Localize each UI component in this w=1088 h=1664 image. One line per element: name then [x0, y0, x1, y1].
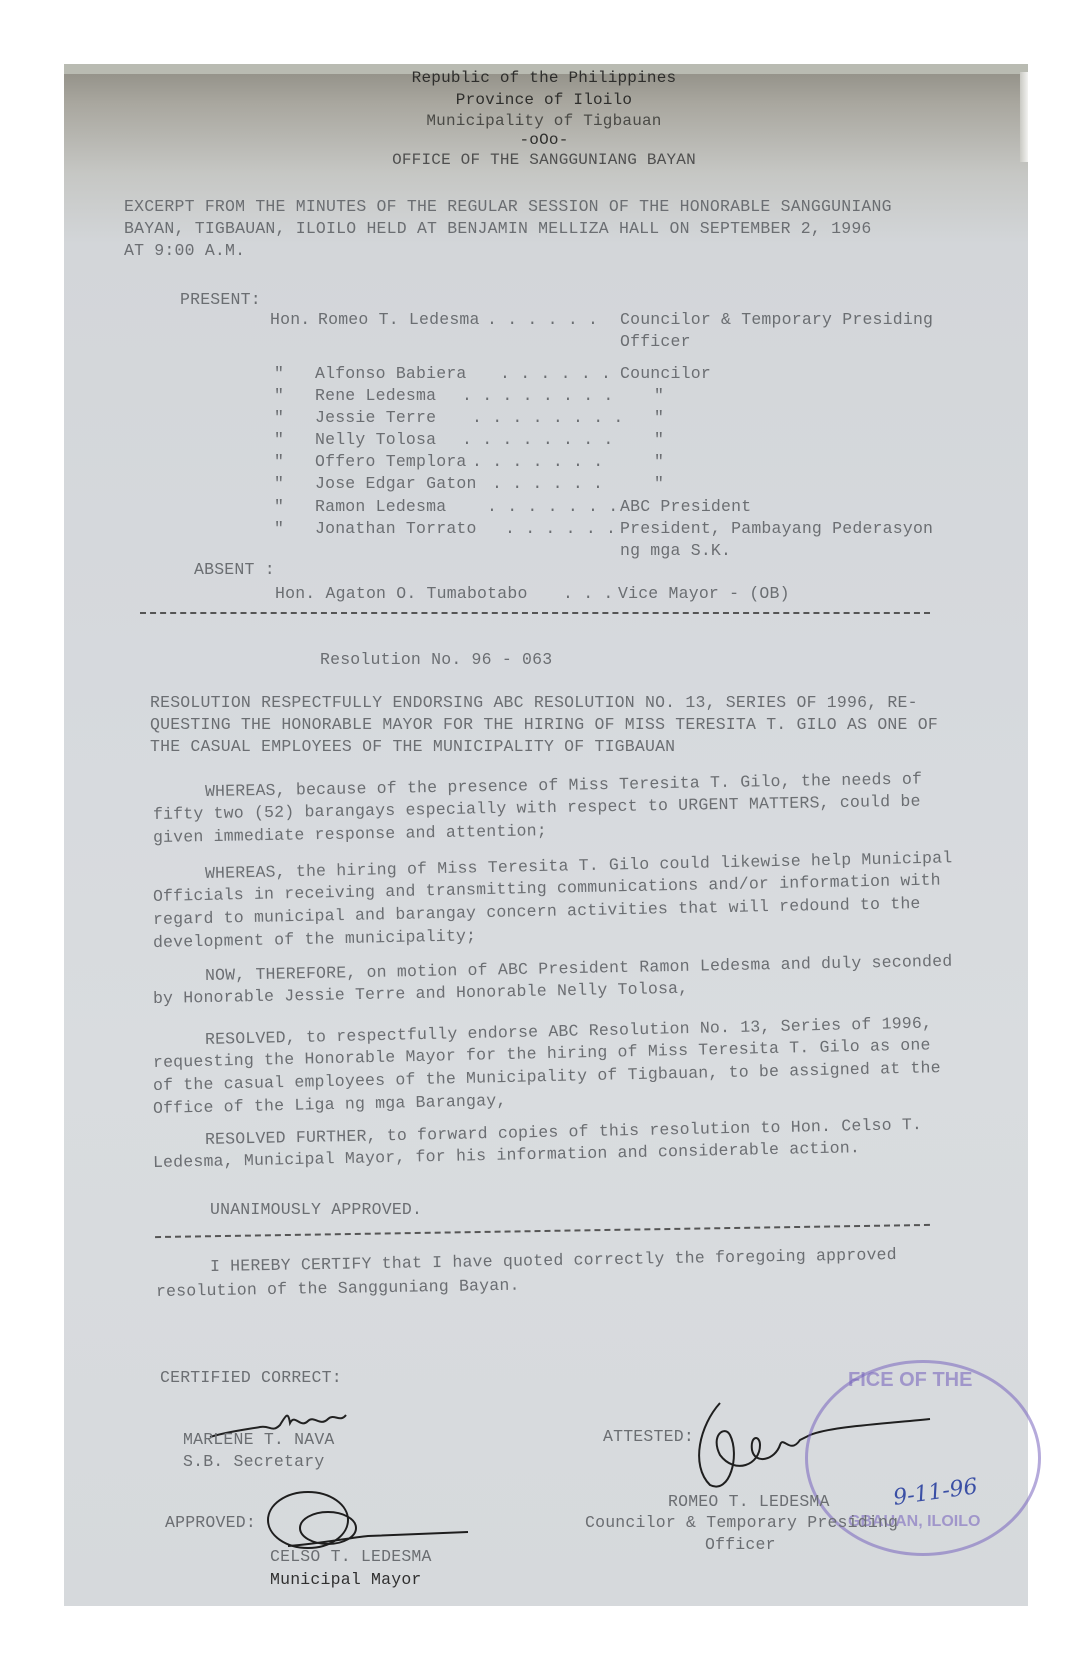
- header-ornament: -oOo-: [0, 130, 1088, 150]
- excerpt-line: AT 9:00 A.M.: [124, 241, 245, 261]
- present-member-role: Councilor: [620, 364, 711, 384]
- present-member-prefix: ": [274, 408, 284, 428]
- present-member-role: ": [654, 452, 664, 472]
- approval-text: UNANIMOUSLY APPROVED.: [210, 1200, 422, 1220]
- present-member-prefix: ": [274, 497, 284, 517]
- absent-label: ABSENT :: [194, 560, 275, 580]
- leader-dots: . . . . . . . .: [462, 430, 614, 450]
- present-member-role: ": [654, 474, 664, 494]
- present-member-name: Ramon Ledesma: [315, 497, 446, 517]
- resolution-title-line: RESOLUTION RESPECTFULLY ENDORSING ABC RE…: [150, 693, 918, 713]
- resolution-title-line: QUESTING THE HONORABLE MAYOR FOR THE HIR…: [150, 715, 938, 735]
- leader-dots: . . . . . . . .: [462, 386, 614, 406]
- present-member-name: Jose Edgar Gaton: [315, 474, 477, 494]
- present-member-role: Councilor & Temporary Presiding: [620, 310, 933, 330]
- secretary-name: MARLENE T. NAVA: [183, 1430, 335, 1450]
- header-republic: Republic of the Philippines: [0, 68, 1088, 88]
- present-member-prefix: ": [274, 364, 284, 384]
- stamp-text-top: FICE OF THE: [848, 1369, 972, 1392]
- absent-role: Vice Mayor - (OB): [618, 584, 790, 604]
- leader-dots: . . . . . .: [492, 474, 603, 494]
- resolution-title-line: THE CASUAL EMPLOYEES OF THE MUNICIPALITY…: [150, 737, 675, 757]
- leader-dots: . . . . . . .: [487, 497, 618, 517]
- presiding-officer-title: Councilor & Temporary Presiding: [585, 1513, 898, 1533]
- excerpt-line: BAYAN, TIGBAUAN, ILOILO HELD AT BENJAMIN…: [124, 219, 872, 239]
- present-member-role-cont: Officer: [620, 332, 691, 352]
- present-member-prefix: Hon.: [270, 310, 310, 330]
- present-member-prefix: ": [274, 519, 284, 539]
- excerpt-line: EXCERPT FROM THE MINUTES OF THE REGULAR …: [124, 197, 892, 217]
- mayor-title: Municipal Mayor: [270, 1570, 422, 1590]
- present-member-role-cont: ng mga S.K.: [620, 541, 731, 561]
- leader-dots: . . . . . .: [487, 310, 598, 330]
- present-member-name: Offero Templora: [315, 452, 467, 472]
- present-member-name: Romeo T. Ledesma: [318, 310, 480, 330]
- present-member-name: Rene Ledesma: [315, 386, 436, 406]
- present-member-prefix: ": [274, 452, 284, 472]
- header-province: Province of Iloilo: [0, 90, 1088, 110]
- present-member-prefix: ": [274, 386, 284, 406]
- present-member-role: ": [654, 430, 664, 450]
- present-label: PRESENT:: [180, 290, 261, 310]
- present-member-role: ABC President: [620, 497, 751, 517]
- present-member-name: Jonathan Torrato: [315, 519, 477, 539]
- present-member-prefix: ": [274, 474, 284, 494]
- present-member-role: ": [654, 386, 664, 406]
- absent-name: Agaton O. Tumabotabo: [326, 584, 528, 603]
- leader-dots: . . . . . .: [500, 364, 611, 384]
- presiding-officer-name: ROMEO T. LEDESMA: [668, 1492, 830, 1512]
- header-office: OFFICE OF THE SANGGUNIANG BAYAN: [0, 150, 1088, 170]
- mayor-name: CELSO T. LEDESMA: [270, 1547, 432, 1567]
- presiding-officer-title-2: Officer: [705, 1535, 776, 1555]
- leader-dots: . . . . . . .: [472, 452, 603, 472]
- present-member-name: Jessie Terre: [315, 408, 436, 428]
- present-member-role: ": [654, 408, 664, 428]
- absent-dots: . . .: [563, 584, 614, 604]
- present-member-name: Nelly Tolosa: [315, 430, 436, 450]
- header-municipality: Municipality of Tigbauan: [0, 111, 1088, 131]
- present-member-role: President, Pambayang Pederasyon: [620, 519, 933, 539]
- leader-dots: . . . . . . . .: [472, 408, 624, 428]
- present-member-name: Alfonso Babiera: [315, 364, 467, 384]
- approved-label: APPROVED:: [165, 1513, 256, 1533]
- secretary-title: S.B. Secretary: [183, 1452, 324, 1472]
- divider: [140, 612, 930, 614]
- present-member-prefix: ": [274, 430, 284, 450]
- leader-dots: . . . . . .: [505, 519, 616, 539]
- resolution-number: Resolution No. 96 - 063: [320, 650, 552, 670]
- certified-correct-label: CERTIFIED CORRECT:: [160, 1368, 342, 1388]
- absent-member-name: Hon. Agaton O. Tumabotabo: [275, 584, 528, 604]
- absent-prefix: Hon.: [275, 584, 315, 603]
